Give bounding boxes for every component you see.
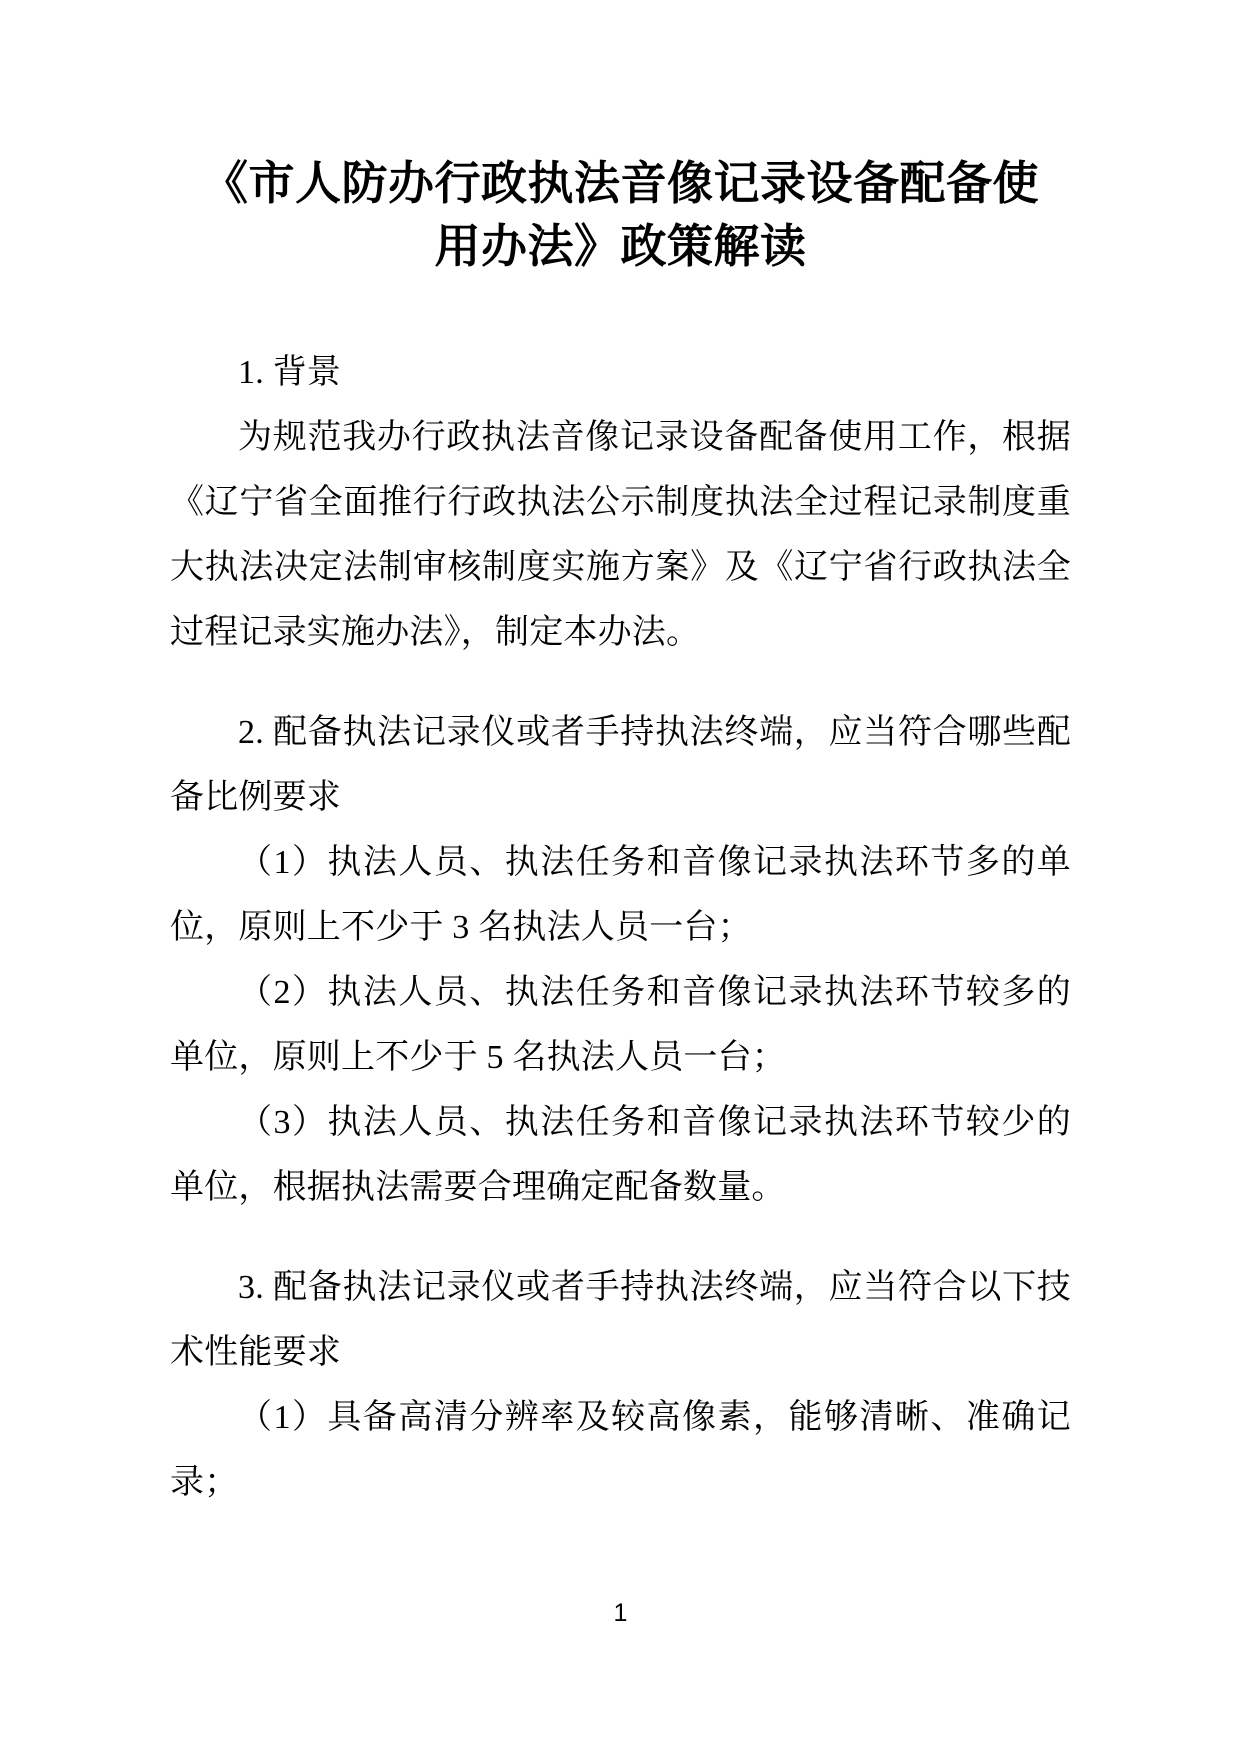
- paragraph: 为规范我办行政执法音像记录设备配备使用工作，根据《辽宁省全面推行行政执法公示制度…: [170, 405, 1071, 665]
- section-heading: 3. 配备执法记录仪或者手持执法终端，应当符合以下技术性能要求: [170, 1255, 1071, 1385]
- page-number: 1: [0, 1598, 1241, 1628]
- paragraph: （3）执法人员、执法任务和音像记录执法环节较少的单位，根据执法需要合理确定配备数…: [170, 1090, 1071, 1220]
- document-title: 《市人防办行政执法音像记录设备配备使用办法》政策解读: [187, 152, 1055, 278]
- paragraph: （1）执法人员、执法任务和音像记录执法环节多的单位，原则上不少于 3 名执法人员…: [170, 830, 1071, 960]
- document-content: 《市人防办行政执法音像记录设备配备使用办法》政策解读 1. 背景 为规范我办行政…: [170, 152, 1071, 1515]
- section-heading: 2. 配备执法记录仪或者手持执法终端，应当符合哪些配备比例要求: [170, 700, 1071, 830]
- section-equipment-ratio: 2. 配备执法记录仪或者手持执法终端，应当符合哪些配备比例要求 （1）执法人员、…: [170, 700, 1071, 1220]
- paragraph: （2）执法人员、执法任务和音像记录执法环节较多的单位，原则上不少于 5 名执法人…: [170, 960, 1071, 1090]
- section-technical-requirements: 3. 配备执法记录仪或者手持执法终端，应当符合以下技术性能要求 （1）具备高清分…: [170, 1255, 1071, 1515]
- document-page: 《市人防办行政执法音像记录设备配备使用办法》政策解读 1. 背景 为规范我办行政…: [0, 0, 1241, 1754]
- section-heading: 1. 背景: [170, 340, 1071, 405]
- paragraph: （1）具备高清分辨率及较高像素，能够清晰、准确记录；: [170, 1385, 1071, 1515]
- section-background: 1. 背景 为规范我办行政执法音像记录设备配备使用工作，根据《辽宁省全面推行行政…: [170, 340, 1071, 665]
